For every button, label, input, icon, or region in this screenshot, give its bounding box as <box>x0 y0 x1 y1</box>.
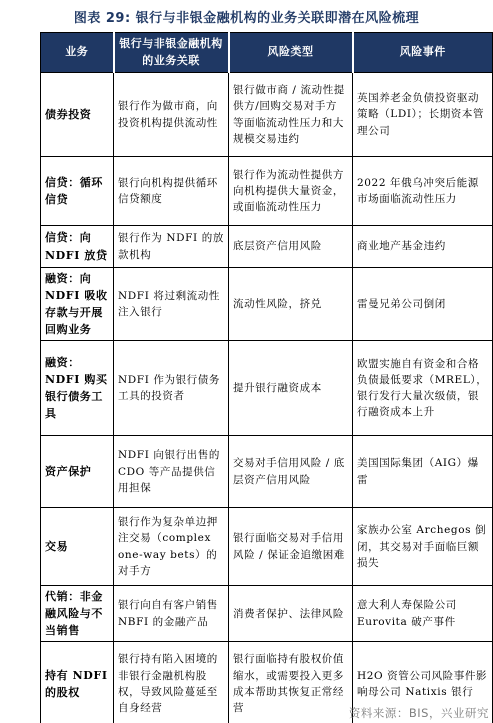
risk-event-cell: 英国养老金负债投资驱动策略（LDI）；长期资本管理公司 <box>353 73 493 157</box>
linkage-cell: NDFI 向银行出售的 CDO 等产品提供信用担保 <box>114 436 229 508</box>
table-row: 债券投资 银行作为做市商，向投资机构提供流动性 银行做市商 / 流动性提供方/回… <box>41 73 493 157</box>
risk-type-cell: 银行做市商 / 流动性提供方/回购交易对手方等面临流动性压力和大规模交易违约 <box>229 73 353 157</box>
table-row: 信贷：向 NDFI 放贷 银行作为 NDFI 的放款机构 底层资产信用风险 商业… <box>41 226 493 268</box>
linkage-cell: 银行持有陷入困境的非银行金融机构股权，导致风险蔓延至自身经营 <box>114 642 229 723</box>
table-row: 信贷：循环信贷 银行向机构提供循环信贷额度 银行作为流动性提供方向机构提供大量资… <box>41 157 493 226</box>
risk-type-cell: 底层资产信用风险 <box>229 226 353 268</box>
business-cell: 代销：非金融风险与不当销售 <box>41 586 114 642</box>
risk-type-cell: 银行面临交易对手信用风险 / 保证金追缴困难 <box>229 508 353 586</box>
table-row: 资产保护 NDFI 向银行出售的 CDO 等产品提供信用担保 交易对手信用风险 … <box>41 436 493 508</box>
table-header: 业务 银行与非银金融机构的业务关联 风险类型 风险事件 <box>41 33 493 73</box>
risk-type-cell: 交易对手信用风险 / 底层资产信用风险 <box>229 436 353 508</box>
report-figure-page: 图表 29: 银行与非银金融机构的业务关联即潜在风险梳理 业务 银行与非银金融机… <box>0 0 493 723</box>
risk-event-cell: 2022 年俄乌冲突后能源市场面临流动性压力 <box>353 157 493 226</box>
business-cell: 融资：向 NDFI 吸收存款与开展回购业务 <box>41 268 114 341</box>
linkage-cell: 银行作为 NDFI 的放款机构 <box>114 226 229 268</box>
risk-event-cell: 商业地产基金违约 <box>353 226 493 268</box>
business-cell: 融资：NDFI 购买银行债务工具 <box>41 341 114 436</box>
risk-type-cell: 消费者保护、法律风险 <box>229 586 353 642</box>
risk-event-cell: 欧盟实施自有资金和合格负债最低要求（MREL），银行发行大量次级债，银行融资成本… <box>353 341 493 436</box>
table-row: 融资：NDFI 购买银行债务工具 NDFI 作为银行债务工具的投资者 提升银行融… <box>41 341 493 436</box>
risk-type-cell: 流动性风险，挤兑 <box>229 268 353 341</box>
header-risk-event: 风险事件 <box>353 33 493 73</box>
linkage-cell: 银行作为复杂单边押注交易（complex one-way bets）的对手方 <box>114 508 229 586</box>
table-row: 交易 银行作为复杂单边押注交易（complex one-way bets）的对手… <box>41 508 493 586</box>
business-cell: 持有 NDFI 的股权 <box>41 642 114 723</box>
header-linkage: 银行与非银金融机构的业务关联 <box>114 33 229 73</box>
table-row: 融资：向 NDFI 吸收存款与开展回购业务 NDFI 将过剩流动性注入银行 流动… <box>41 268 493 341</box>
linkage-cell: NDFI 作为银行债务工具的投资者 <box>114 341 229 436</box>
table-body: 债券投资 银行作为做市商，向投资机构提供流动性 银行做市商 / 流动性提供方/回… <box>41 73 493 723</box>
risk-event-cell: 美国国际集团（AIG）爆雷 <box>353 436 493 508</box>
linkage-cell: 银行作为做市商，向投资机构提供流动性 <box>114 73 229 157</box>
risk-type-cell: 银行作为流动性提供方向机构提供大量资金，或面临流动性压力 <box>229 157 353 226</box>
business-cell: 信贷：循环信贷 <box>41 157 114 226</box>
risk-type-cell: 提升银行融资成本 <box>229 341 353 436</box>
header-risk-type: 风险类型 <box>229 33 353 73</box>
linkage-cell: 银行向机构提供循环信贷额度 <box>114 157 229 226</box>
linkage-cell: 银行向自有客户销售 NBFI 的金融产品 <box>114 586 229 642</box>
business-cell: 信贷：向 NDFI 放贷 <box>41 226 114 268</box>
figure-title: 图表 29: 银行与非银金融机构的业务关联即潜在风险梳理 <box>0 0 493 26</box>
header-row: 业务 银行与非银金融机构的业务关联 风险类型 风险事件 <box>41 33 493 73</box>
table-row: 代销：非金融风险与不当销售 银行向自有客户销售 NBFI 的金融产品 消费者保护… <box>41 586 493 642</box>
linkage-cell: NDFI 将过剩流动性注入银行 <box>114 268 229 341</box>
risk-event-cell: 雷曼兄弟公司倒闭 <box>353 268 493 341</box>
business-cell: 债券投资 <box>41 73 114 157</box>
source-note: 资料来源：BIS，兴业研究 <box>349 705 489 721</box>
risk-table: 业务 银行与非银金融机构的业务关联 风险类型 风险事件 债券投资 银行作为做市商… <box>40 32 493 723</box>
risk-event-cell: 家族办公室 Archegos 倒闭，其交易对手面临巨额损失 <box>353 508 493 586</box>
business-cell: 交易 <box>41 508 114 586</box>
risk-event-cell: 意大利人寿保险公司 Eurovita 破产事件 <box>353 586 493 642</box>
header-business: 业务 <box>41 33 114 73</box>
risk-type-cell: 银行面临持有股权价值缩水，或需要投入更多成本帮助其恢复正常经营 <box>229 642 353 723</box>
business-cell: 资产保护 <box>41 436 114 508</box>
